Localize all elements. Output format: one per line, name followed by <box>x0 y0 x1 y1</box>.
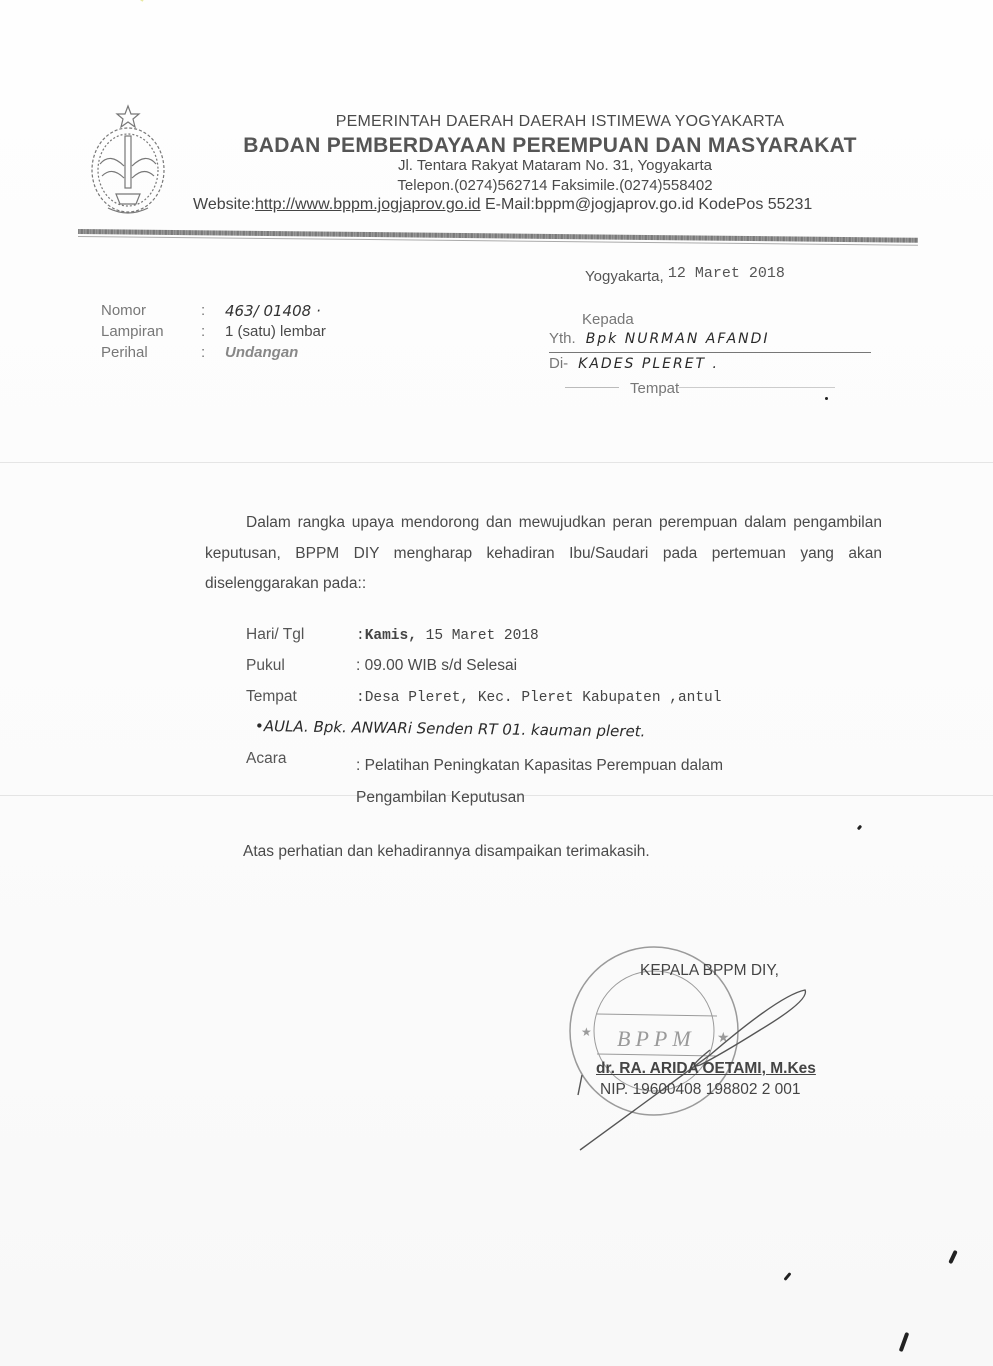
letter-date: Yogyakarta, 12 Maret 2018 <box>585 268 785 286</box>
detail-value-date: :Kamis, 15 Maret 2018 <box>356 628 539 644</box>
recipient-yth: Yth.Bpk NURMAN AFANDI <box>549 330 871 353</box>
detail-value-place: :Desa Pleret, Kec. Pleret Kabupaten ,ant… <box>356 690 721 706</box>
scan-mark <box>825 397 828 400</box>
detail-label: Acara <box>246 750 356 814</box>
meta-row-nomor: Nomor : 463/ 01408 · <box>101 300 326 321</box>
paper-fold-line <box>0 462 993 463</box>
signatory-nip: NIP. 19600408 198802 2 001 <box>600 1081 801 1099</box>
recipient-di: Di-KADES PLERET . <box>549 355 719 372</box>
scan-mark <box>783 1272 791 1281</box>
scan-mark <box>899 1332 910 1352</box>
scan-mark <box>948 1250 958 1264</box>
detail-label: Pukul <box>246 657 356 675</box>
yth-handwritten-name: Bpk NURMAN AFANDI <box>586 331 770 347</box>
detail-row-date: Hari/ Tgl :Kamis, 15 Maret 2018 <box>246 626 721 657</box>
meta-colon: : <box>201 302 225 319</box>
coat-of-arms-icon <box>86 104 170 222</box>
body-paragraph: Dalam rangka upaya mendorong dan mewujud… <box>205 508 882 600</box>
meta-value-perihal: Undangan <box>225 344 298 361</box>
meta-colon: : <box>201 323 225 340</box>
website-link[interactable]: http://www.bppm.jogjaprov.go.id <box>255 196 481 213</box>
website-label: Website: <box>193 196 255 213</box>
tempat-underline <box>565 387 835 388</box>
date-value: 12 Maret 2018 <box>668 265 785 282</box>
email-postal: E-Mail:bppm@jogjaprov.go.id KodePos 5523… <box>481 196 813 213</box>
detail-label: Tempat <box>246 688 356 706</box>
meta-label: Perihal <box>101 344 201 361</box>
meta-value-nomor: 463/ 01408 · <box>225 302 321 320</box>
meta-value-lampiran: 1 (satu) lembar <box>225 323 326 340</box>
event-details: Hari/ Tgl :Kamis, 15 Maret 2018 Pukul : … <box>246 626 721 719</box>
recipient-kepada: Kepada <box>582 311 634 328</box>
di-label: Di- <box>549 355 568 372</box>
handwritten-location-note: •AULA. Bpk. ANWARi Senden RT 01. kauman … <box>255 717 646 740</box>
meta-label: Nomor <box>101 302 201 319</box>
letterhead-address: Jl. Tentara Rakyat Mataram No. 31, Yogya… <box>195 157 915 174</box>
meta-label: Lampiran <box>101 323 201 340</box>
letterhead-agency: BADAN PEMBERDAYAAN PEREMPUAN DAN MASYARA… <box>190 134 910 158</box>
detail-row-time: Pukul : 09.00 WIB s/d Selesai <box>246 657 721 688</box>
meta-row-perihal: Perihal : Undangan <box>101 342 326 363</box>
scanned-letter-page: PEMERINTAH DAERAH DAERAH ISTIMEWA YOGYAK… <box>0 0 993 1366</box>
detail-value-time: : 09.00 WIB s/d Selesai <box>356 657 517 675</box>
di-handwritten-value: KADES PLERET . <box>578 356 719 372</box>
letterhead-government: PEMERINTAH DAERAH DAERAH ISTIMEWA YOGYAK… <box>200 113 920 131</box>
signatory-name: dr. RA. ARIDA OETAMI, M.Kes <box>596 1060 816 1078</box>
scan-mark <box>857 825 863 831</box>
meta-row-lampiran: Lampiran : 1 (satu) lembar <box>101 321 326 342</box>
date-place: Yogyakarta, <box>585 268 664 285</box>
letterhead-contact: Website:http://www.bppm.jogjaprov.go.id … <box>193 196 812 214</box>
letterhead-phone-fax: Telepon.(0274)562714 Faksimile.(0274)558… <box>195 177 915 194</box>
yth-label: Yth. <box>549 330 576 347</box>
letter-meta: Nomor : 463/ 01408 · Lampiran : 1 (satu)… <box>101 300 326 363</box>
detail-label: Hari/ Tgl <box>246 626 356 644</box>
detail-row-place: Tempat :Desa Pleret, Kec. Pleret Kabupat… <box>246 688 721 719</box>
closing-sentence: Atas perhatian dan kehadirannya disampai… <box>243 843 650 861</box>
detail-row-acara: Acara : Pelatihan Peningkatan Kapasitas … <box>246 750 796 814</box>
detail-value-acara: : Pelatihan Peningkatan Kapasitas Peremp… <box>356 750 796 814</box>
recipient-tempat: Tempat <box>630 380 679 397</box>
meta-colon: : <box>201 344 225 361</box>
